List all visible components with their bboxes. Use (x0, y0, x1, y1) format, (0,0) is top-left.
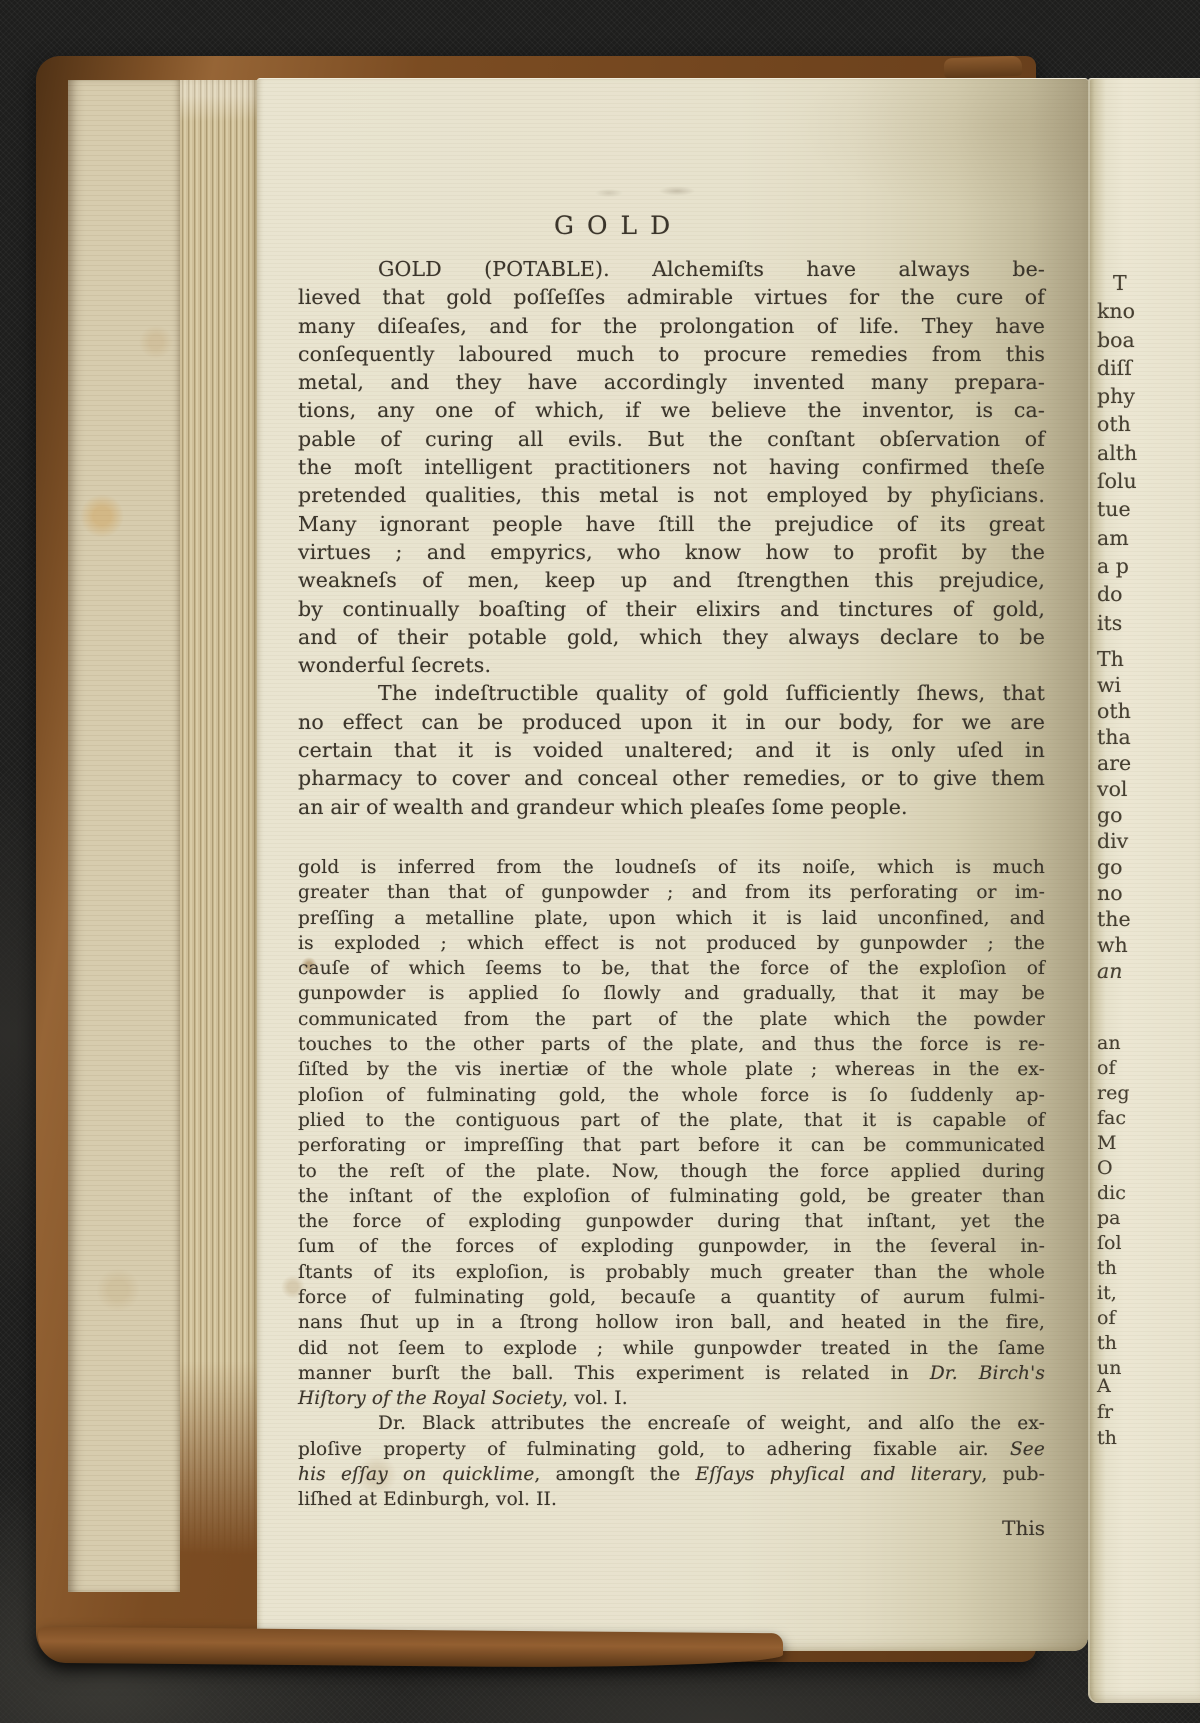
fragment-line: a p (1097, 552, 1137, 580)
italic-text: Eſſays phyſical and literary (696, 1464, 982, 1485)
text: ploſive property of fulminating gold, to… (298, 1439, 1010, 1460)
running-head: GOLD (298, 211, 1045, 241)
text-line: GOLD (POTABLE). Alchemiſts have always b… (298, 255, 1045, 283)
text-line: no effect can be produced upon it in our… (298, 708, 1045, 736)
text-line: The indeſtructible quality of gold ſuffi… (298, 679, 1045, 707)
fragment-line: phy (1097, 382, 1137, 410)
text-line: gold is inferred from the loudneſs of it… (298, 855, 1045, 880)
text-line: weakneſs of men, keep up and ſtrengthen … (298, 566, 1045, 594)
text-line: liſhed at Edinburgh, vol. II. (298, 1487, 1045, 1512)
text-line: many diſeaſes, and for the prolongation … (298, 312, 1045, 340)
fragment-line: ſol (1097, 1231, 1130, 1256)
footnote-dr-black: Dr. Black attributes the encreaſe of wei… (298, 1411, 1045, 1512)
text-line: communicated from the part of the plate … (298, 1007, 1045, 1032)
fragment-line: reg (1097, 1081, 1130, 1106)
text-line: ploſion of fulminating gold, the whole f… (298, 1083, 1045, 1108)
fragment-line: of (1097, 1056, 1130, 1081)
fragment-group-2: Thwioththaarevolgodivgonothewhan (1097, 646, 1131, 984)
fragment-line: are (1097, 750, 1131, 776)
leather-top-edge (944, 56, 1023, 79)
left-page: GOLD GOLD (POTABLE). Alchemiſts have alw… (257, 78, 1088, 1651)
fragment-line: div (1097, 828, 1131, 854)
text-line: the inſtant of the exploſion of fulminat… (298, 1184, 1045, 1209)
text-line: lieved that gold poſſeſſes admirable vir… (298, 283, 1045, 311)
text-line: pable of curing all evils. But the conſt… (298, 425, 1045, 453)
fragment-line: kno (1097, 297, 1137, 325)
text-line: metal, and they have accordingly invente… (298, 368, 1045, 396)
fragment-line: go (1097, 854, 1131, 880)
text-line: certain that it is voided unaltered; and… (298, 736, 1045, 764)
book-photograph: { "page": { "running_head": "GOLD", "par… (0, 0, 1200, 1723)
fragment-line: an (1097, 958, 1131, 984)
text-line: wonderful ſecrets. (298, 651, 1045, 679)
fragment-line: no (1097, 880, 1131, 906)
fragment-line: vol (1097, 776, 1131, 802)
leather-bottom-edge (38, 1627, 783, 1670)
fragment-line: ſolu (1097, 467, 1137, 495)
text-line: touches to the other parts of the plate,… (298, 1032, 1045, 1057)
fragment-line: go (1097, 802, 1131, 828)
fragment-line: oth (1097, 698, 1131, 724)
text-line: perforating or impreſſing that part befo… (298, 1133, 1045, 1158)
fragment-line: tha (1097, 724, 1131, 750)
text: , amongſt the (534, 1464, 695, 1485)
italic-text: his eſſay on quicklime (298, 1464, 534, 1485)
fragment-line: fac (1097, 1106, 1130, 1131)
text-line: virtues ; and empyrics, who know how to … (298, 538, 1045, 566)
text-line: preſſing a metalline plate, upon which i… (298, 906, 1045, 931)
text-line: ſtants of its exploſion, is probably muc… (298, 1260, 1045, 1285)
text-line: ſum of the forces of exploding gunpowder… (298, 1234, 1045, 1259)
fragment-line: wh (1097, 932, 1131, 958)
text-line: gunpowder is applied ſo ſlowly and gradu… (298, 981, 1045, 1006)
text-line: Many ignorant people have ſtill the prej… (298, 510, 1045, 538)
text-line: the moſt intelligent practitioners not h… (298, 453, 1045, 481)
text: , pub- (981, 1464, 1045, 1485)
fragment-line: th (1097, 1256, 1130, 1281)
fragment-line: its (1097, 609, 1137, 637)
fragment-line: diſſ (1097, 354, 1137, 382)
right-page: Tknoboadiſſphyothalthſolutueama pdoits T… (1088, 78, 1200, 1703)
italic-text: See (1010, 1439, 1045, 1460)
fragment-line: O (1097, 1156, 1130, 1181)
fragment-line: wi (1097, 672, 1131, 698)
text-line: tions, any one of which, if we believe t… (298, 396, 1045, 424)
text-line: an air of wealth and grandeur which plea… (298, 793, 1045, 821)
text-line: and of their potable gold, which they al… (298, 623, 1045, 651)
fragment-group-1: Tknoboadiſſphyothalthſolutueama pdoits (1097, 269, 1137, 637)
text-line: manner burſt the ball. This experiment i… (298, 1361, 1045, 1386)
fragment-line: T (1097, 269, 1137, 297)
entry-text-block: GOLD GOLD (POTABLE). Alchemiſts have alw… (298, 211, 1045, 1541)
text-line: by continually boaſting of their elixirs… (298, 595, 1045, 623)
footnote-continuation: gold is inferred from the loudneſs of it… (298, 855, 1045, 1412)
text-line: plied to the contiguous part of the plat… (298, 1108, 1045, 1133)
text-line: greater than that of gunpowder ; and fro… (298, 880, 1045, 905)
italic-text: Hiſtory of the Royal Society (298, 1388, 562, 1409)
text-line: conſequently laboured much to procure re… (298, 340, 1045, 368)
fragment-group-4: Afrth (1097, 1373, 1117, 1451)
text-line: the force of exploding gunpowder during … (298, 1209, 1045, 1234)
page-fore-edges (180, 80, 257, 1570)
fragment-line: am (1097, 524, 1137, 552)
text-line: his eſſay on quicklime, amongſt the Eſſa… (298, 1462, 1045, 1487)
fragment-line: fr (1097, 1399, 1117, 1425)
text: manner burſt the ball. This experiment i… (298, 1363, 930, 1384)
text-line: to the reſt of the plate. Now, though th… (298, 1159, 1045, 1184)
fragment-line: it, (1097, 1281, 1130, 1306)
endpaper (68, 80, 180, 1592)
fragment-line: alth (1097, 439, 1137, 467)
catchword: This (298, 1515, 1045, 1541)
fragment-line: th (1097, 1425, 1117, 1451)
text-line: ſiſted by the vis inertiæ of the whole p… (298, 1057, 1045, 1082)
text-line: force of fulminating gold, becauſe a qua… (298, 1285, 1045, 1310)
text-line: ploſive property of fulminating gold, to… (298, 1437, 1045, 1462)
fragment-line: M (1097, 1131, 1130, 1156)
fragment-line: tue (1097, 495, 1137, 523)
text: , vol. I. (562, 1388, 628, 1409)
text-line: cauſe of which ſeems to be, that the for… (298, 956, 1045, 981)
fragment-line: pa (1097, 1206, 1130, 1231)
italic-text: Dr. Birch's (930, 1363, 1045, 1384)
text-line: pharmacy to cover and conceal other reme… (298, 764, 1045, 792)
fragment-line: A (1097, 1373, 1117, 1399)
text-line: nans ſhut up in a ſtrong hollow iron bal… (298, 1310, 1045, 1335)
fragment-line: the (1097, 906, 1131, 932)
fragment-line: oth (1097, 410, 1137, 438)
fragment-line: an (1097, 1031, 1130, 1056)
text-line: did not ſeem to explode ; while gunpowde… (298, 1336, 1045, 1361)
fragment-line: boa (1097, 326, 1137, 354)
fragment-line: of (1097, 1306, 1130, 1331)
fragment-line: do (1097, 580, 1137, 608)
text-line: is exploded ; which effect is not produc… (298, 931, 1045, 956)
fragment-line: dic (1097, 1181, 1130, 1206)
fragment-line: th (1097, 1331, 1130, 1356)
entry-paragraph-2: The indeſtructible quality of gold ſuffi… (298, 679, 1045, 820)
text-line: pretended qualities, this metal is not e… (298, 481, 1045, 509)
fragment-line: Th (1097, 646, 1131, 672)
text-line: Dr. Black attributes the encreaſe of wei… (298, 1411, 1045, 1436)
fragment-group-3: anofregfacMOdicpaſolthit,ofthun (1097, 1031, 1130, 1381)
entry-paragraph-1: GOLD (POTABLE). Alchemiſts have always b… (298, 255, 1045, 679)
text-line: Hiſtory of the Royal Society, vol. I. (298, 1386, 1045, 1411)
